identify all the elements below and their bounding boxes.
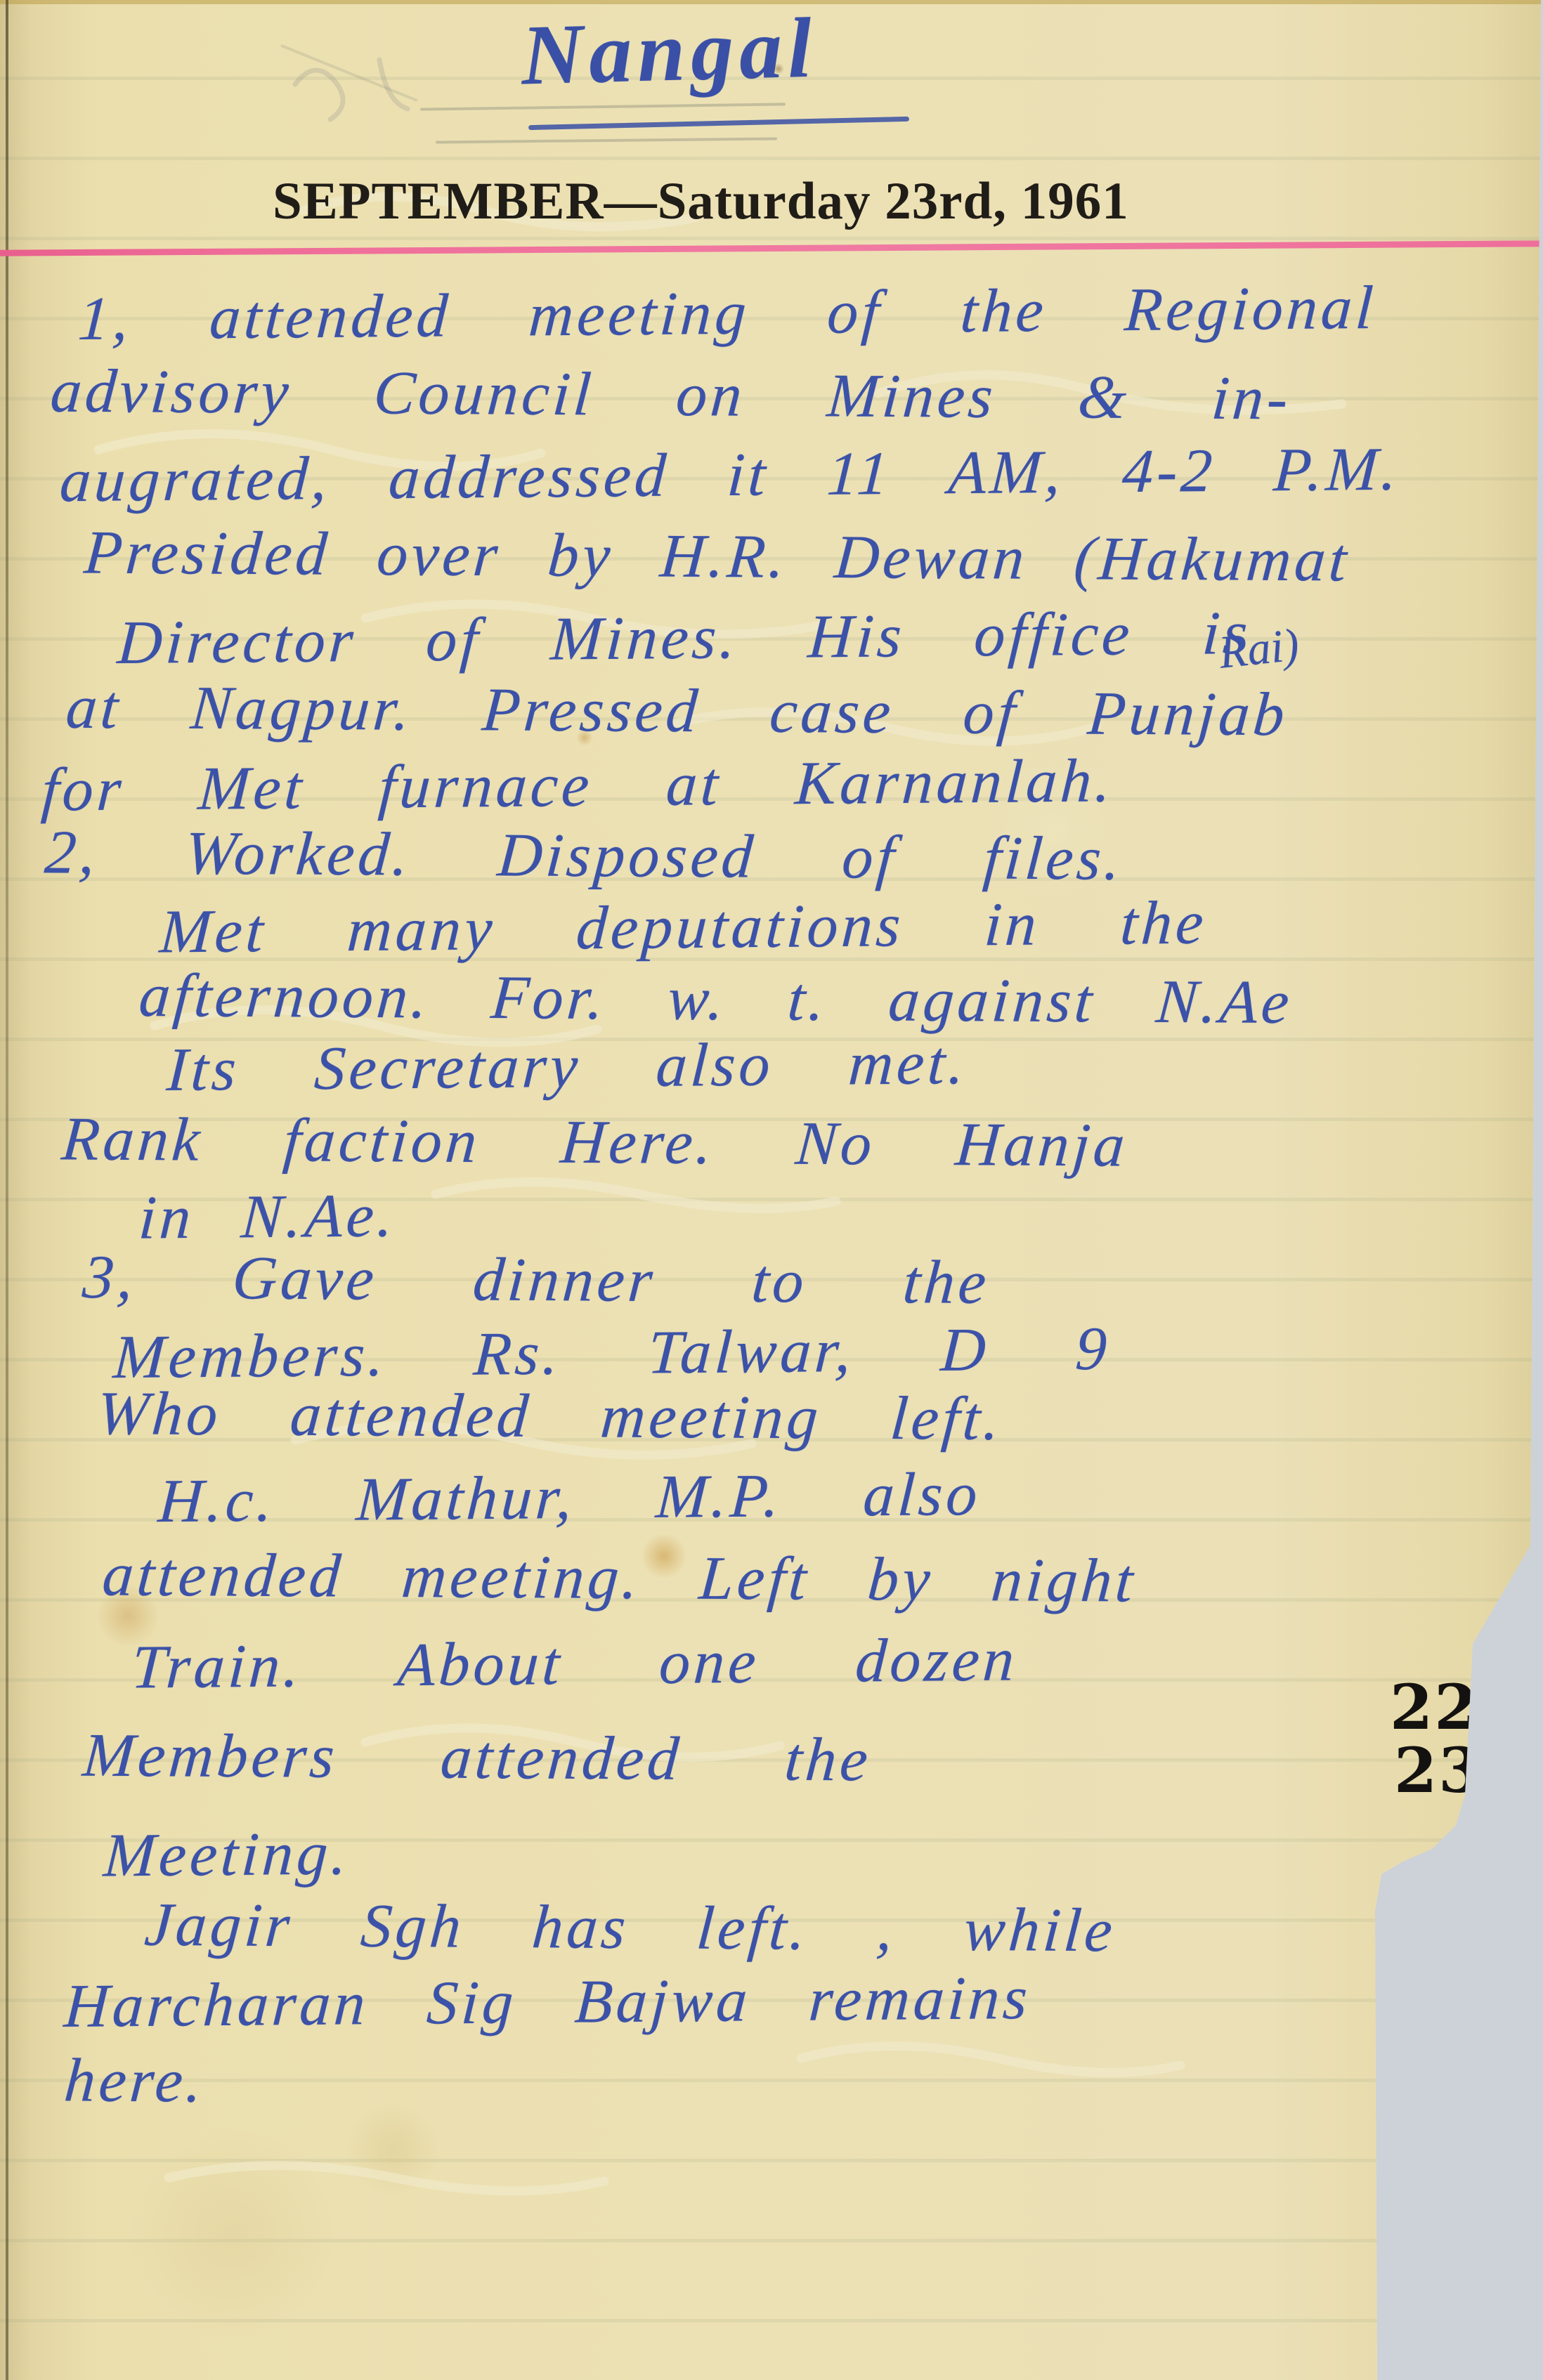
diary-entry-line: Meeting. (102, 1818, 353, 1891)
diary-entry-line: here. (62, 2045, 208, 2117)
diary-entry-line: afternoon. For. w. t. against N.Ae (137, 960, 1296, 1038)
pink-rule-line (0, 240, 1543, 256)
location-underline-ink (528, 117, 909, 130)
interlinear-note: Rai) (1216, 618, 1301, 679)
pencil-ghost-line (420, 103, 786, 110)
diary-entry-line: Rank faction Here. No Hanja (59, 1104, 1131, 1181)
diary-entry-line: Members attended the (80, 1720, 873, 1796)
diary-entry-line: Its Secretary also met. (165, 1028, 970, 1106)
diary-entry-line: Who attended meeting left. (94, 1378, 1005, 1455)
page-number-tab-22: 22 (1390, 1670, 1478, 1744)
page-number-tab-23: 23 (1394, 1734, 1483, 1807)
diary-entry-line: Presided over by H.R. Dewan (Hakumat (82, 517, 1353, 596)
diary-entry-line: Met many deputations in the (157, 888, 1209, 968)
binding-spine-shadow (6, 0, 8, 2380)
diary-entry-line: 2, Worked. Disposed of files. (43, 817, 1126, 894)
diary-page: Nangal SEPTEMBER—Saturday 23rd, 1961 1, … (0, 0, 1543, 2380)
diary-entry-line: advisory Council on Mines & in- (48, 356, 1294, 435)
diary-entry-line: Jagir Sgh has left. , while (142, 1890, 1118, 1966)
diary-entry-line: Train. About one dozen (130, 1625, 1020, 1704)
diary-entry-line: H.c. Mathur, M.P. also (157, 1459, 983, 1537)
diary-entry-line: for Met furnace at Karnanlah. (39, 745, 1116, 825)
location-heading: Nangal (520, 0, 818, 105)
diary-entry-line: augrated, addressed it 11 AM, 4-2 P.M. (58, 434, 1402, 517)
diary-entry-line: Harcharan Sig Bajwa remains (63, 1963, 1033, 2042)
diary-entry-line: Director of Mines. His office is (115, 598, 1253, 679)
diary-entry-line: at Nagpur. Pressed case of Punjab (64, 672, 1291, 751)
diary-entry-line: 1, attended meeting of the Regional (76, 273, 1378, 355)
diary-entry-line: attended meeting. Left by night (100, 1540, 1138, 1617)
pencil-ghost-line (436, 137, 777, 143)
printed-date-header: SEPTEMBER—Saturday 23rd, 1961 (273, 171, 1129, 232)
diary-entry-line: 3, Gave dinner to the (80, 1242, 991, 1319)
pencil-ghost-line (280, 44, 418, 102)
